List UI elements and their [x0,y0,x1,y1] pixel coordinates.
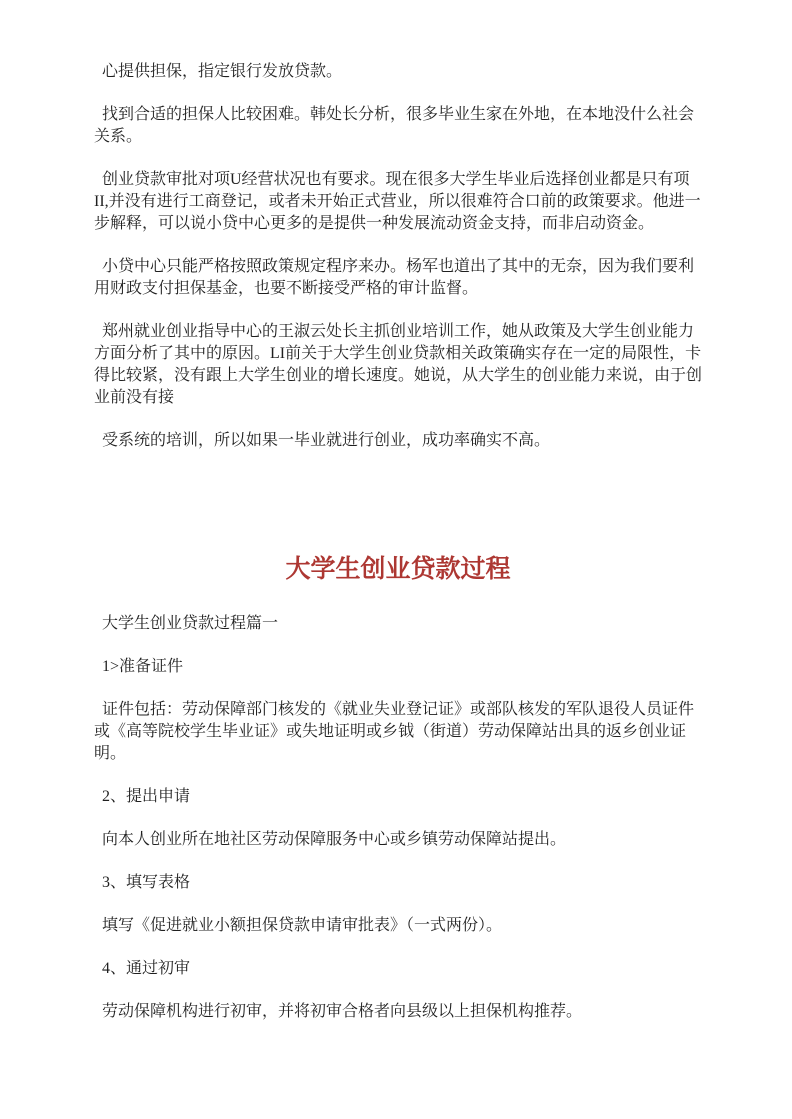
intro-paragraph: 找到合适的担保人比较困难。韩处长分析，很多毕业生家在外地，在本地没什么社会关系。 [94,104,702,148]
page-title: 大学生创业贷款过程 [94,552,702,586]
document-page: 心提供担保，指定银行发放贷款。 找到合适的担保人比较困难。韩处长分析，很多毕业生… [0,0,792,1119]
intro-paragraph: 心提供担保，指定银行发放贷款。 [94,61,702,83]
step-heading-4: 4、通过初审 [94,958,702,980]
steps-subtitle: 大学生创业贷款过程篇一 [94,613,702,635]
intro-paragraph: 受系统的培训，所以如果一毕业就进行创业，成功率确实不高。 [94,430,702,452]
step-body-2: 向本人创业所在地社区劳动保障服务中心或乡镇劳动保障站提出。 [94,829,702,851]
intro-paragraph: 郑州就业创业指导中心的王淑云处长主抓创业培训工作，她从政策及大学生创业能力方面分… [94,321,702,409]
intro-paragraph: 小贷中心只能严格按照政策规定程序来办。杨军也道出了其中的无奈，因为我们要利用财政… [94,256,702,300]
step-body-4: 劳动保障机构进行初审，并将初审合格者向县级以上担保机构推荐。 [94,1001,702,1023]
intro-paragraph: 创业贷款审批对项U经营状况也有要求。现在很多大学生毕业后选择创业都是只有项II,… [94,169,702,235]
step-heading-1: 1>准备证件 [94,656,702,678]
step-body-1: 证件包括：劳动保障部门核发的《就业失业登记证》或部队核发的军队退役人员证件或《高… [94,699,702,765]
step-heading-2: 2、提出申请 [94,786,702,808]
step-heading-3: 3、填写表格 [94,872,702,894]
step-body-3: 填写《促进就业小额担保贷款申请审批表》（一式两份）。 [94,915,702,937]
